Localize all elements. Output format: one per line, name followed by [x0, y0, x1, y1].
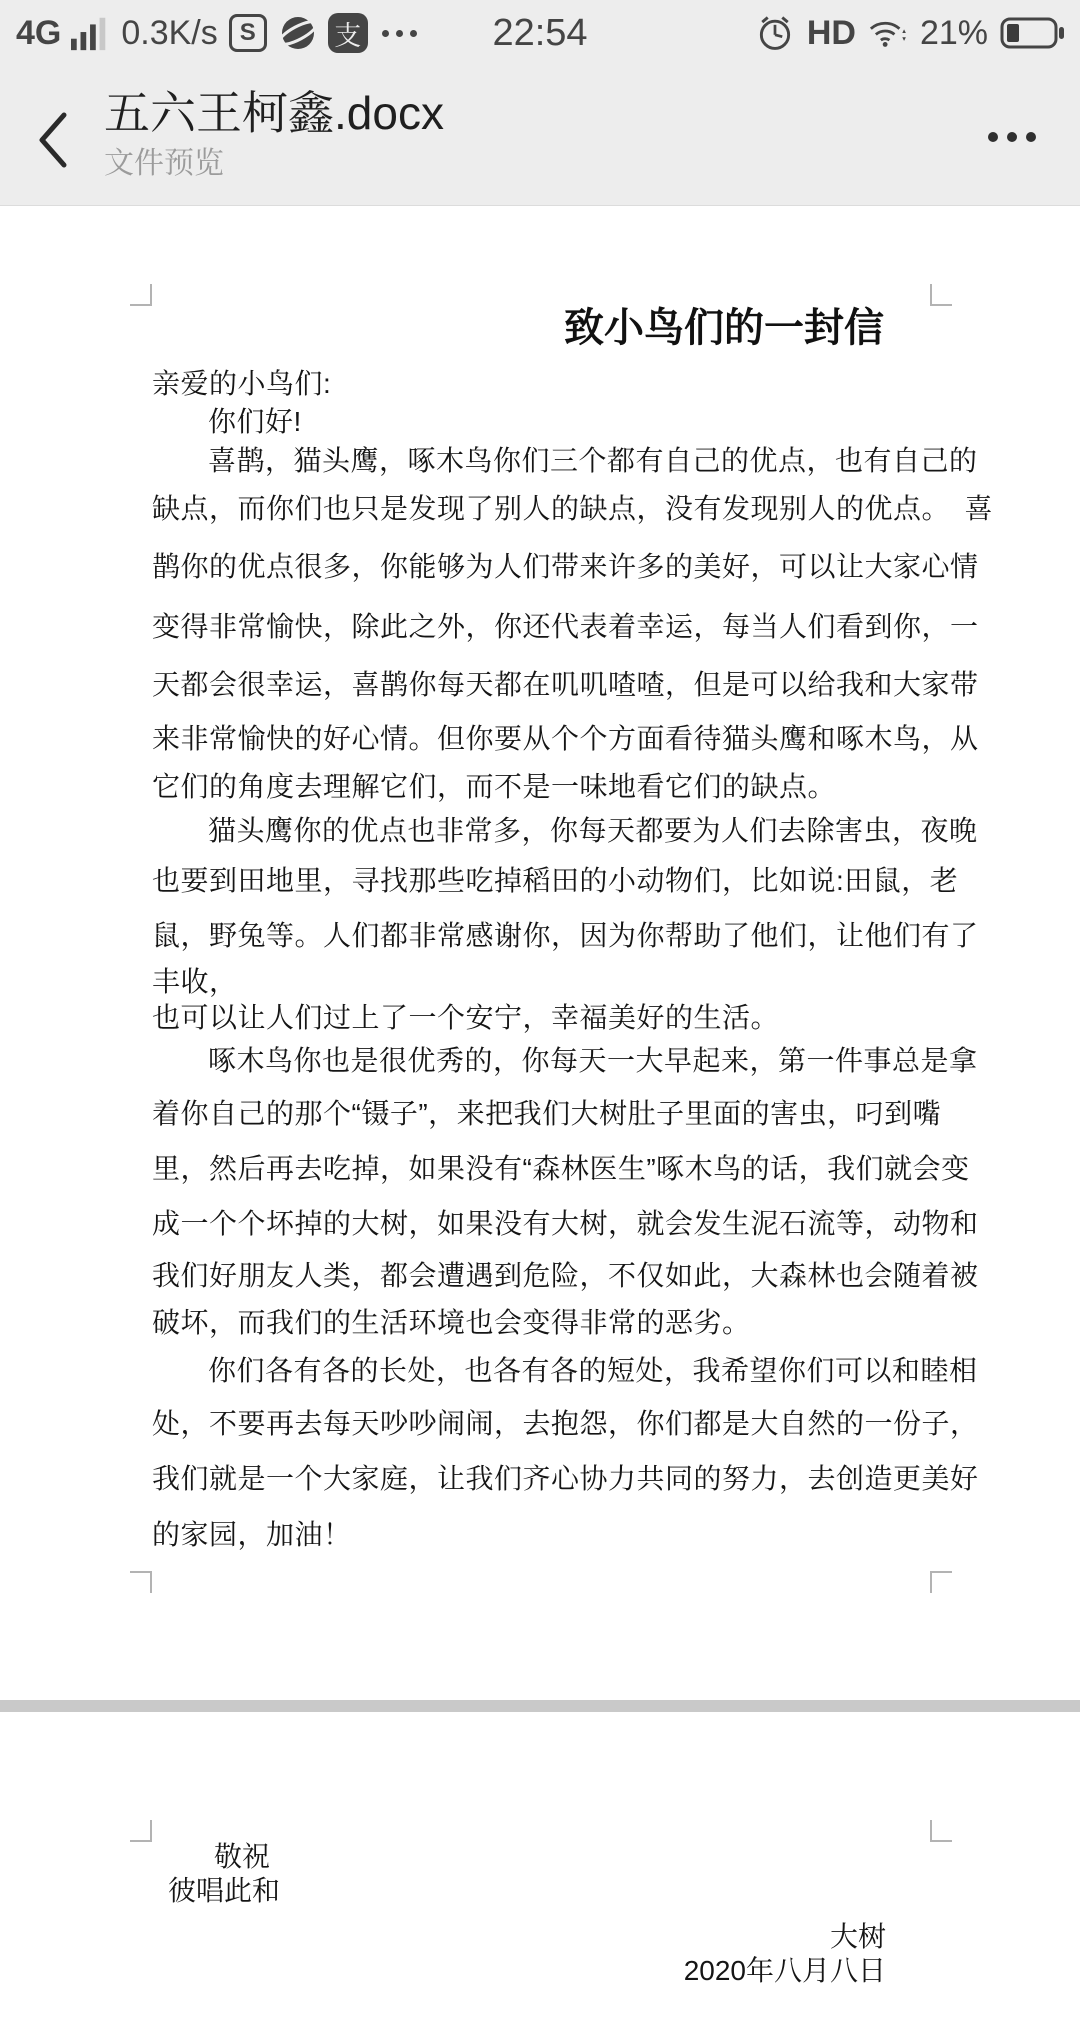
app-chrome: 4G 0.3K/s S [0, 0, 1080, 206]
doc-line: 你们各有各的长处，也各有各的短处，我希望你们可以和睦相 [152, 1345, 934, 1397]
file-preview-subtitle: 文件预览 [104, 144, 444, 184]
signature-block: 大树 2020年八月八日 [684, 1920, 930, 1988]
doc-line: 它们的角度去理解它们，而不是一味地看它们的缺点。 [152, 765, 934, 809]
doc-line: 里，然后再去吃掉，如果没有“森林医生”啄木鸟的话，我们就会变 [152, 1141, 934, 1197]
closing-block: 敬祝 彼唱此和 [168, 1840, 280, 1908]
doc-line: 天都会很幸运，喜鹊你每天都在叽叽喳喳，但是可以给我和大家带 [152, 657, 934, 713]
doc-page-1: 致小鸟们的一封信 亲爱的小鸟们:你们好!喜鹊，猫头鹰，啄木鸟你们三个都有自己的优… [0, 206, 1080, 1700]
page1-lines: 亲爱的小鸟们:你们好!喜鹊，猫头鹰，啄木鸟你们三个都有自己的优点，也有自己的缺点… [152, 365, 934, 1563]
doc-line: 鹊你的优点很多，你能够为人们带来许多的美好，可以让大家心情 [152, 537, 934, 597]
doc-line: 丰收， [152, 963, 934, 1001]
battery-icon [1000, 13, 1066, 53]
signature-name: 大树 [684, 1920, 886, 1954]
header-titles: 五六王柯鑫.docx 文件预览 [104, 84, 444, 184]
phone-screen: 4G 0.3K/s S [0, 0, 1080, 2034]
crop-mark-bottom-left [130, 1571, 152, 1593]
letter-title: 致小鸟们的一封信 [152, 297, 930, 359]
closing-line: 彼唱此和 [168, 1874, 280, 1908]
doc-line: 也要到田地里，寻找那些吃掉稻田的小动物们，比如说:田鼠，老 [152, 853, 934, 909]
doc-line: 亲爱的小鸟们: [152, 365, 934, 403]
doc-page-2: 敬祝 彼唱此和 大树 2020年八月八日 [0, 1712, 1080, 2034]
hd-indicator: HD [807, 14, 856, 53]
doc-line: 啄木鸟你也是很优秀的，你每天一大早起来，第一件事总是拿 [152, 1035, 934, 1087]
document-preview-area[interactable]: 致小鸟们的一封信 亲爱的小鸟们:你们好!喜鹊，猫头鹰，啄木鸟你们三个都有自己的优… [0, 206, 1080, 2034]
doc-line: 破坏，而我们的生活环境也会变得非常的恶劣。 [152, 1301, 934, 1345]
battery-percent-label: 21% [920, 14, 988, 53]
status-bar: 4G 0.3K/s S [0, 0, 1080, 66]
doc-line: 猫头鹰你的优点也非常多，你每天都要为人们去除害虫，夜晚 [152, 809, 934, 853]
crop-mark-bottom-right [930, 1571, 952, 1593]
crop-mark-top-left [130, 1820, 152, 1842]
doc-line: 变得非常愉快，除此之外，你还代表着幸运，每当人们看到你，一 [152, 597, 934, 657]
status-right-group: HD 21% [755, 0, 1066, 66]
doc-line: 我们就是一个大家庭，让我们齐心协力共同的努力，去创造更美好 [152, 1451, 934, 1507]
signature-date: 2020年八月八日 [684, 1954, 886, 1988]
doc-line: 我们好朋友人类，都会遭遇到危险，不仅如此，大森林也会随着被 [152, 1251, 934, 1301]
doc-line: 也可以让人们过上了一个安宁，幸福美好的生活。 [152, 1001, 934, 1035]
doc-line: 处，不要再去每天吵吵闹闹，去抱怨，你们都是大自然的一份子， [152, 1397, 934, 1451]
wifi-icon [868, 13, 908, 53]
back-chevron-icon [36, 111, 70, 169]
more-menu-button[interactable] [988, 122, 1036, 152]
doc-line: 鼠，野兔等。人们都非常感谢你，因为你帮助了他们，让他们有了 [152, 909, 934, 963]
crop-mark-top-right [930, 284, 952, 306]
alarm-clock-icon [755, 13, 795, 53]
file-preview-header: 五六王柯鑫.docx 文件预览 [0, 66, 1080, 206]
crop-mark-top-right [930, 1820, 952, 1842]
doc-line: 成一个个坏掉的大树，如果没有大树，就会发生泥石流等，动物和 [152, 1197, 934, 1251]
doc-line: 着你自己的那个“镊子”，来把我们大树肚子里面的害虫，叼到嘴 [152, 1087, 934, 1141]
file-name-title: 五六王柯鑫.docx [104, 84, 444, 142]
doc-line: 你们好! [152, 403, 934, 441]
doc-line: 缺点，而你们也只是发现了别人的缺点，没有发现别人的优点。 喜 [152, 481, 934, 537]
doc-line: 的家园，加油！ [152, 1507, 934, 1563]
doc-line: 喜鹊，猫头鹰，啄木鸟你们三个都有自己的优点，也有自己的 [152, 441, 934, 481]
crop-mark-top-left [130, 284, 152, 306]
doc-line: 来非常愉快的好心情。但你要从个个方面看待猫头鹰和啄木鸟，从 [152, 713, 934, 765]
back-button[interactable] [18, 100, 88, 180]
closing-line: 敬祝 [168, 1840, 280, 1874]
page-divider [0, 1700, 1080, 1712]
